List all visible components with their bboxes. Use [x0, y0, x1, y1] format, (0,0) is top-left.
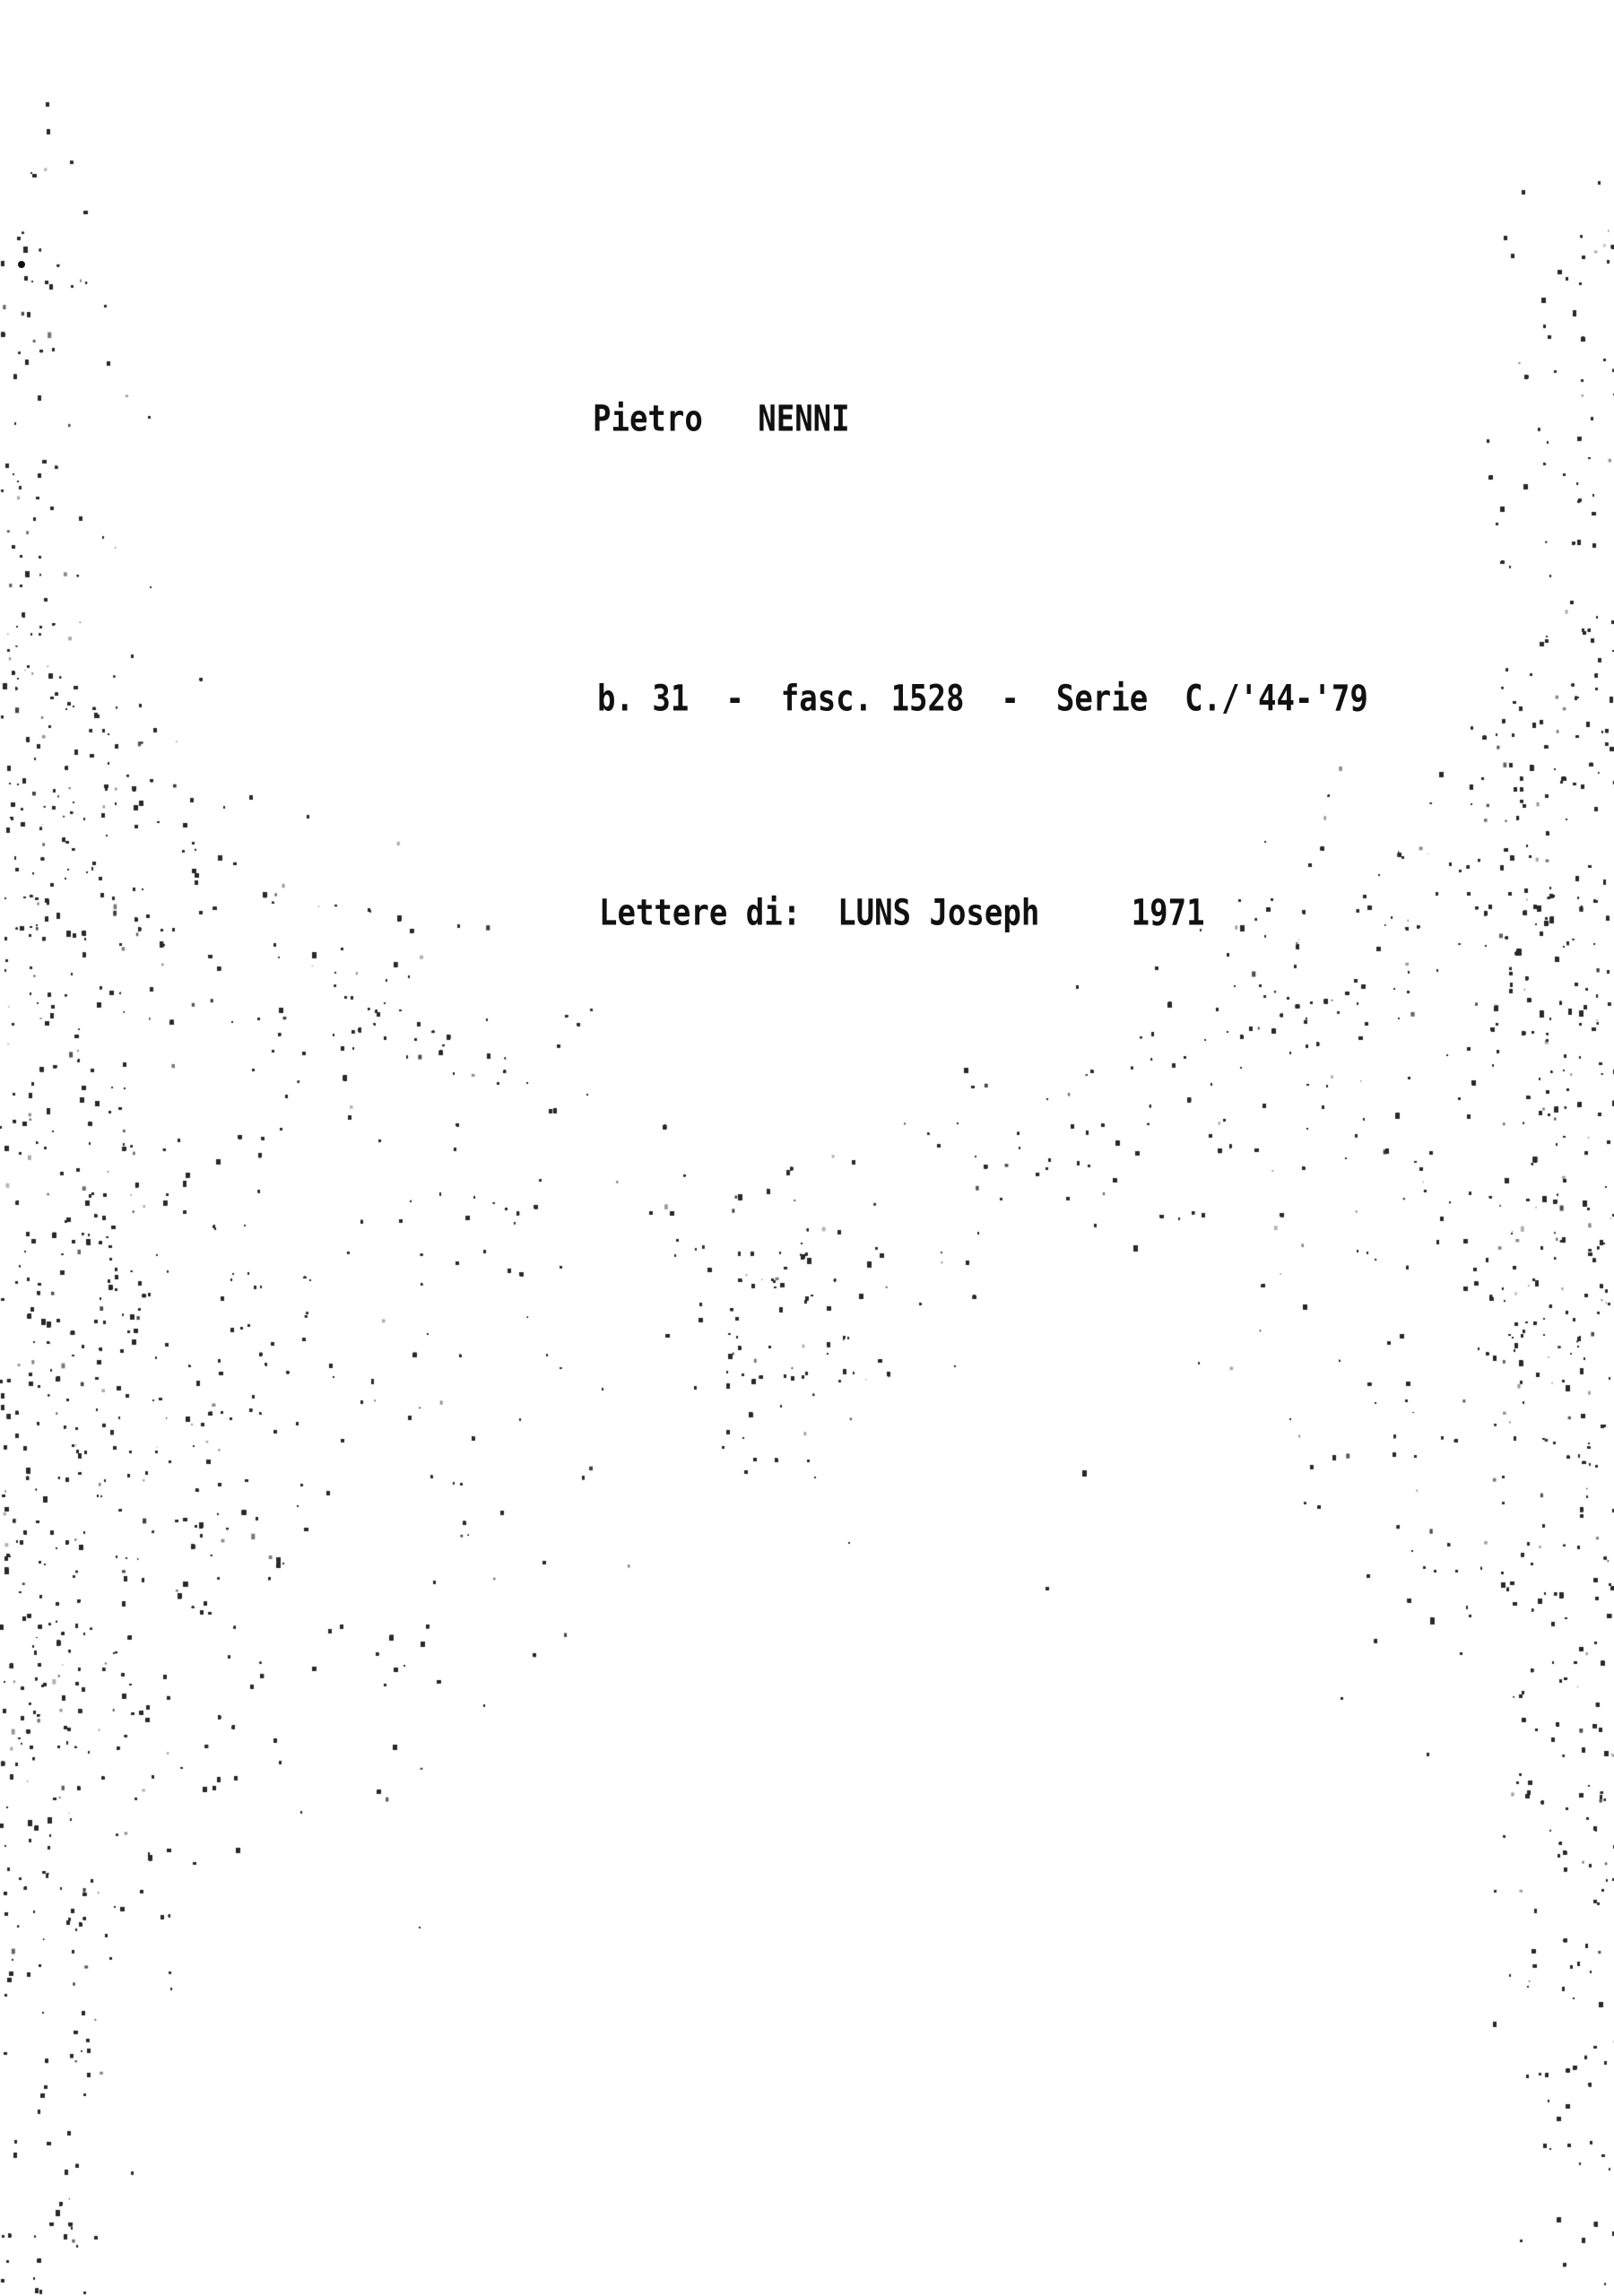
separator: -	[1001, 678, 1019, 720]
letters-label: Lettere di:	[599, 892, 801, 934]
stray-speck	[18, 261, 25, 268]
correspondent-name: LUNS Joseph	[837, 892, 1039, 934]
last-name: NENNI	[758, 398, 849, 440]
reference-line: b. 31 - fasc. 1528 - Serie C./'44-'79	[597, 678, 1368, 720]
letters-year: 1971	[1132, 892, 1205, 934]
scanned-page: Pietro NENNI b. 31 - fasc. 1528 - Serie …	[0, 0, 1614, 2296]
serie-label: Serie C./'44-'79	[1056, 678, 1368, 720]
name-line: Pietro NENNI	[593, 398, 850, 440]
separator: -	[725, 678, 743, 720]
busta-number: b. 31	[597, 678, 689, 720]
first-name: Pietro	[593, 398, 703, 440]
photocopy-noise	[0, 0, 1614, 2296]
fascicolo-number: fasc. 1528	[781, 678, 965, 720]
letters-line: Lettere di: LUNS Joseph 1971	[599, 892, 1205, 934]
